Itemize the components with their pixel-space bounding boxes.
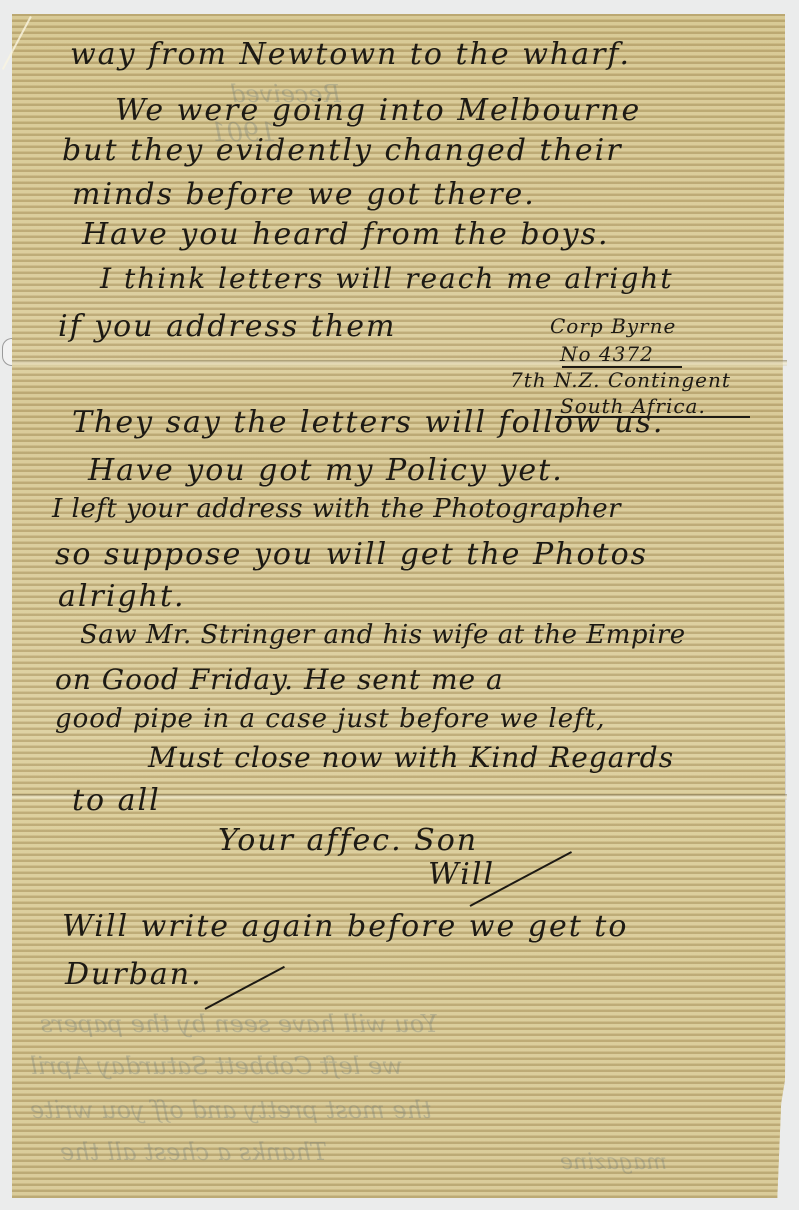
letter-line: minds before we got there. <box>72 180 536 210</box>
address-number: No 4372 <box>560 344 654 364</box>
letter-line: to all <box>72 786 161 816</box>
letter-line: Must close now with Kind Regards <box>148 744 674 772</box>
letter-line: Saw Mr. Stringer and his wife at the Emp… <box>80 622 686 648</box>
postscript-line: Will write again before we get to <box>62 912 628 942</box>
letter-line: on Good Friday. He sent me a <box>55 666 504 694</box>
address-unit: 7th N.Z. Contingent <box>510 370 731 390</box>
letter-line: way from Newtown to the wharf. <box>70 40 631 70</box>
letter-line: Have you got my Policy yet. <box>88 456 564 486</box>
letter-line: I think letters will reach me alright <box>100 265 674 293</box>
letter-line: Have you heard from the boys. <box>82 220 610 250</box>
scanned-letter: Received 1901 You will have seen by the … <box>0 0 799 1210</box>
signature: Will <box>428 860 495 890</box>
letter-line: They say the letters will follow us. <box>72 408 664 438</box>
valediction: Your affec. Son <box>218 826 478 856</box>
letter-line: good pipe in a case just before we left, <box>55 706 605 732</box>
address-name: Corp Byrne <box>550 316 676 336</box>
letter-line: if you address them <box>58 312 396 342</box>
postscript-line: Durban. <box>65 960 203 990</box>
letter-line: I left your address with the Photographe… <box>52 496 621 522</box>
letter-line: We were going into Melbourne <box>115 96 641 126</box>
letter-line: alright. <box>58 582 186 612</box>
letter-line: but they evidently changed their <box>62 136 623 166</box>
letter-line: so suppose you will get the Photos <box>55 540 648 570</box>
